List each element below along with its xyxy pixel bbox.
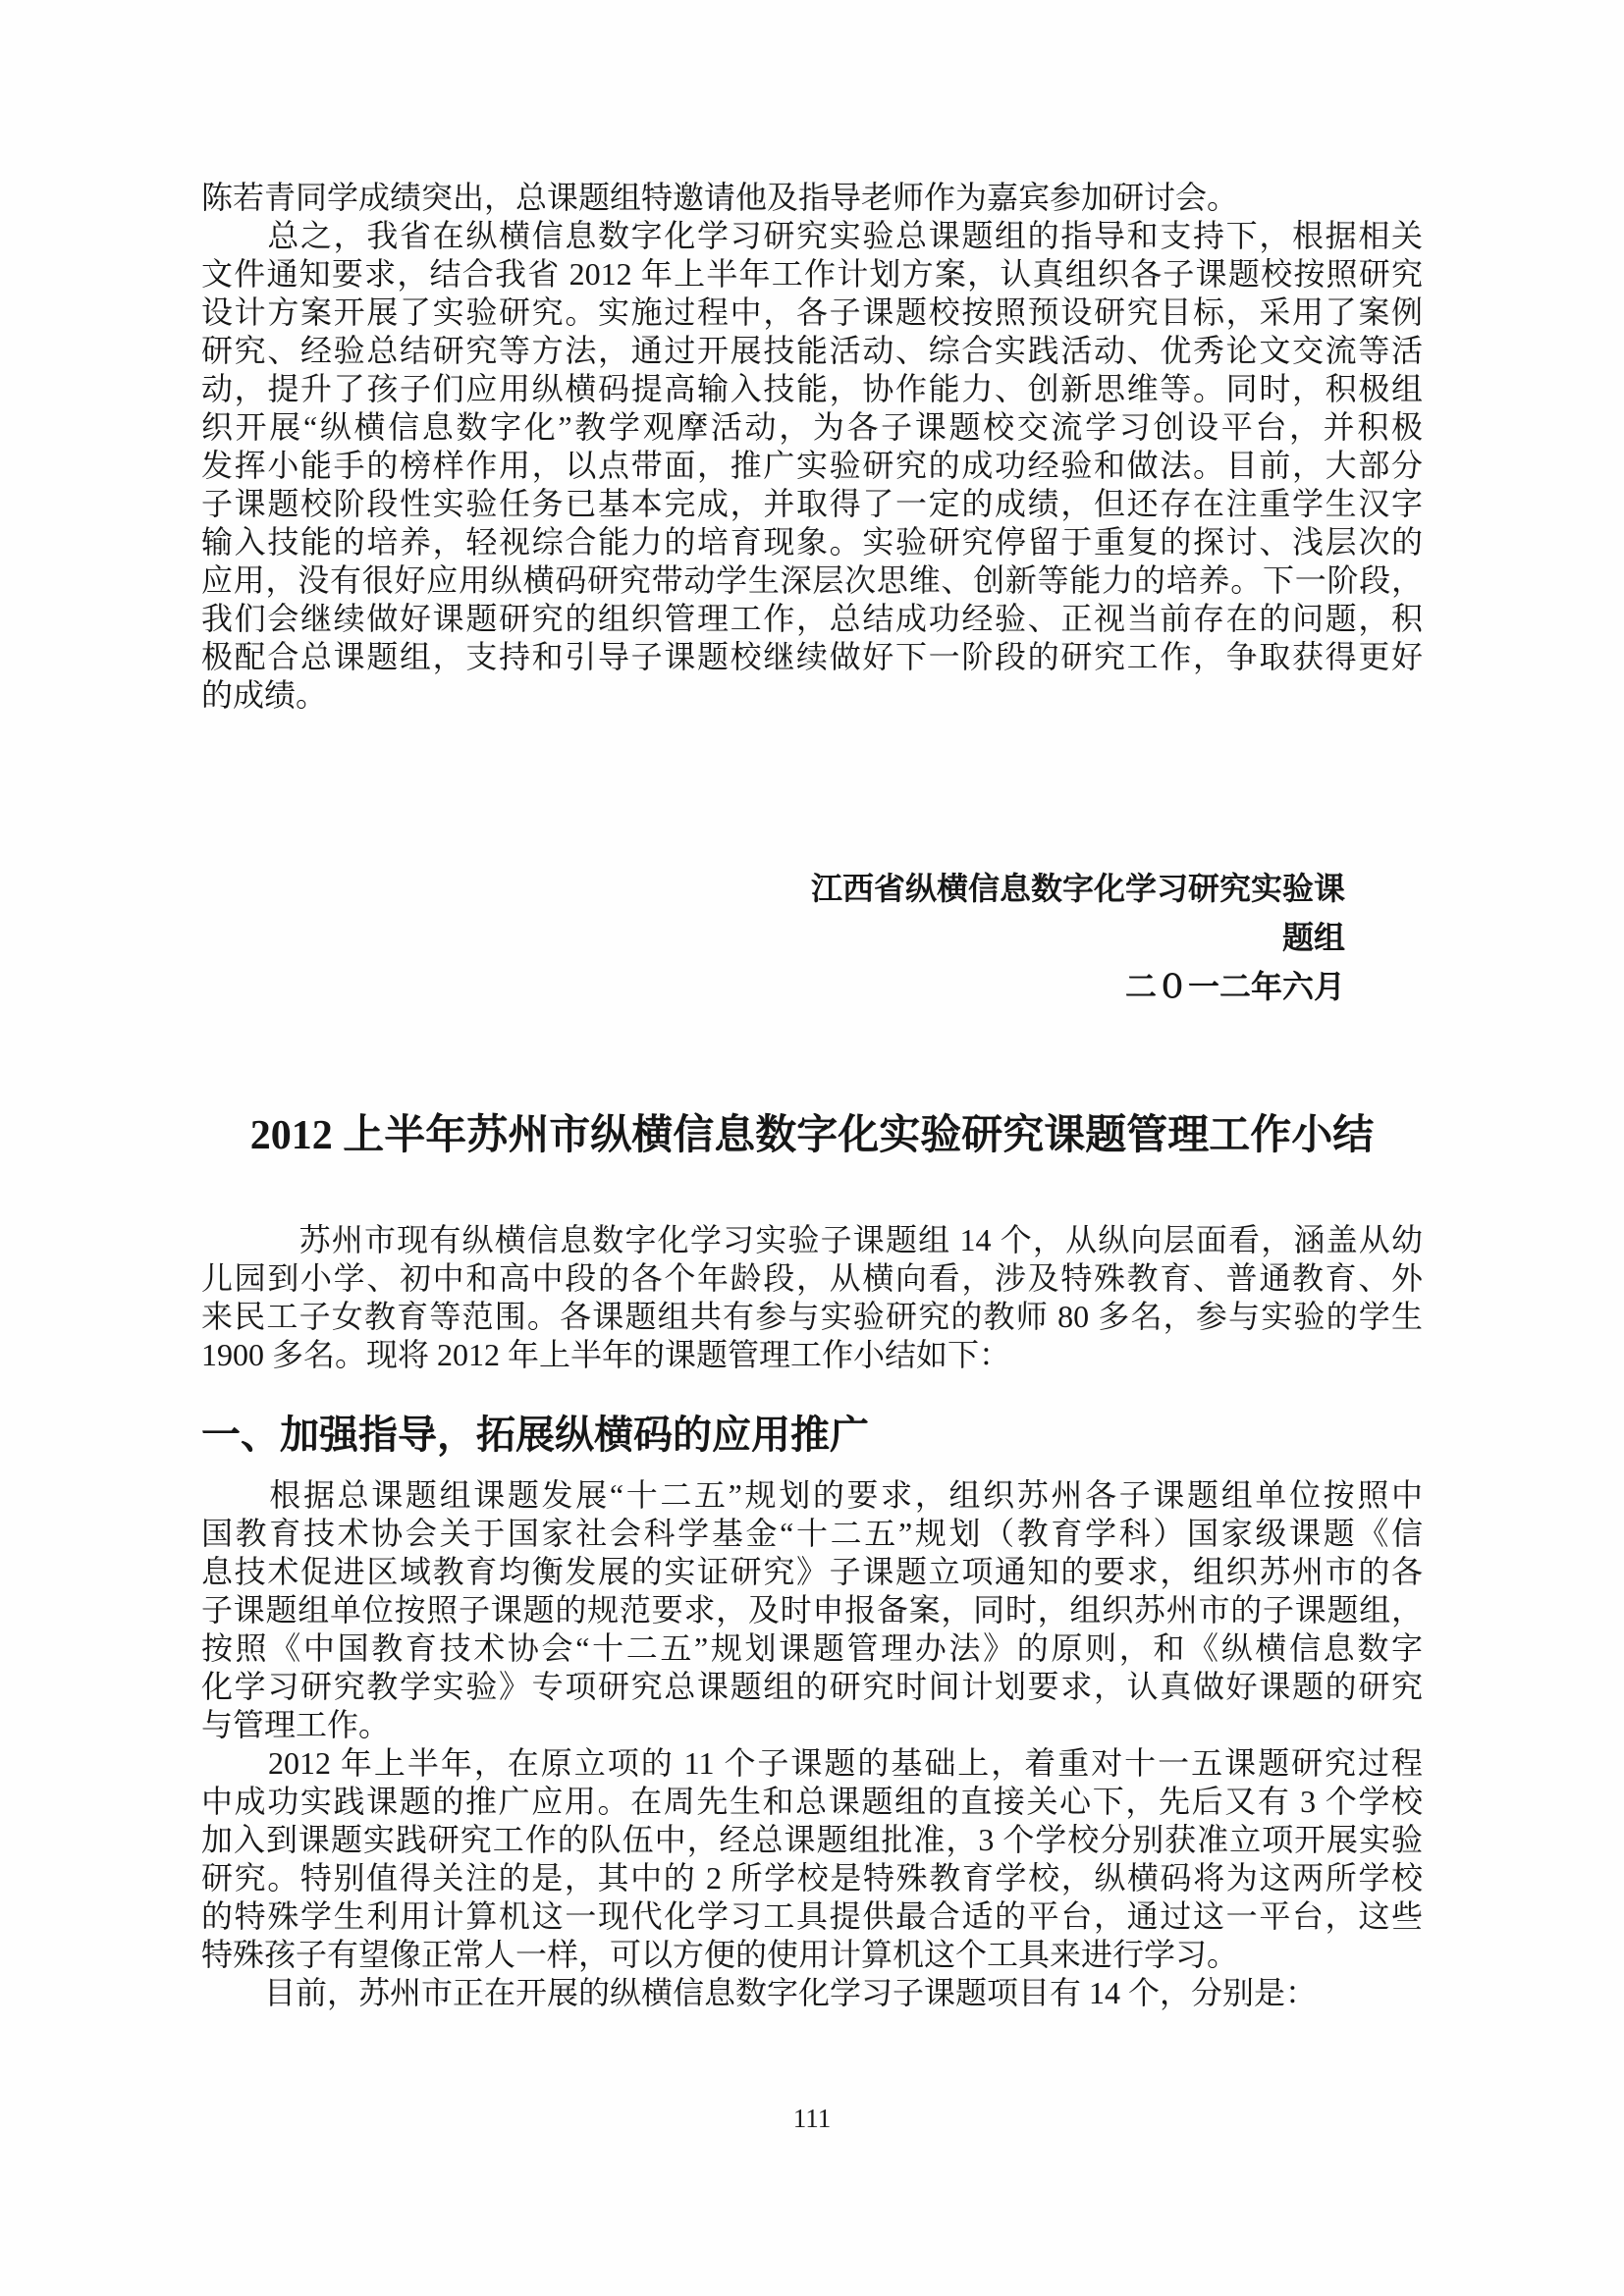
- text-line: 国教育技术协会关于国家社会科学基金“十二五”规划（教育学科）国家级课题《信: [201, 1515, 1423, 1553]
- text-line: 我们会继续做好课题研究的组织管理工作，总结成功经验、正视当前存在的问题，积: [201, 600, 1423, 638]
- text-line: 应用，没有很好应用纵横码研究带动学生深层次思维、创新等能力的培养。下一阶段，: [201, 561, 1423, 600]
- text-line: 总之，我省在纵横信息数字化学习研究实验总课题组的指导和支持下，根据相关: [201, 217, 1423, 255]
- section-1-heading: 一、加强指导，拓展纵横码的应用推广: [201, 1408, 1423, 1463]
- text-line: 1900 多名。现将 2012 年上半年的课题管理工作小结如下：: [201, 1336, 1423, 1374]
- document-content: 陈若青同学成绩突出，总课题组特邀请他及指导老师作为嘉宾参加研讨会。 总之，我省在…: [0, 0, 1624, 2012]
- paragraph-continuation: 陈若青同学成绩突出，总课题组特邀请他及指导老师作为嘉宾参加研讨会。: [201, 179, 1423, 217]
- text-line: 的特殊学生利用计算机这一现代化学习工具提供最合适的平台，通过这一平台，这些: [201, 1897, 1423, 1936]
- text-line: 中成功实践课题的推广应用。在周先生和总课题组的直接关心下，先后又有 3 个学校: [201, 1783, 1423, 1821]
- paragraph-intro: 苏州市现有纵横信息数字化学习实验子课题组 14 个，从纵向层面看，涵盖从幼儿园到…: [201, 1221, 1423, 1374]
- text-line: 根据总课题组课题发展“十二五”规划的要求，组织苏州各子课题组单位按照中: [201, 1476, 1423, 1515]
- text-line: 苏州市现有纵横信息数字化学习实验子课题组 14 个，从纵向层面看，涵盖从幼: [201, 1221, 1423, 1259]
- section-1-paragraph-2: 2012 年上半年，在原立项的 11 个子课题的基础上，着重对十一五课题研究过程…: [201, 1744, 1423, 1974]
- text-line: 江西省纵横信息数字化学习研究实验课: [201, 864, 1345, 913]
- text-line: 子课题校阶段性实验任务已基本完成，并取得了一定的成绩，但还存在注重学生汉字: [201, 485, 1423, 523]
- text-line: 研究。特别值得关注的是，其中的 2 所学校是特殊教育学校，纵横码将为这两所学校: [201, 1859, 1423, 1897]
- text-line: 文件通知要求，结合我省 2012 年上半年工作计划方案，认真组织各子课题校按照研…: [201, 255, 1423, 294]
- text-line: 二０一二年六月: [201, 962, 1345, 1011]
- text-line: 发挥小能手的榜样作用，以点带面，推广实验研究的成功经验和做法。目前，大部分: [201, 447, 1423, 485]
- text-line: 子课题组单位按照子课题的规范要求，及时申报备案，同时，组织苏州市的子课题组，: [201, 1591, 1423, 1629]
- page-number: 111: [0, 2103, 1624, 2134]
- text-line: 加入到课题实践研究工作的队伍中，经总课题组批准，3 个学校分别获准立项开展实验: [201, 1821, 1423, 1859]
- text-line: 化学习研究教学实验》专项研究总课题组的研究时间计划要求，认真做好课题的研究: [201, 1668, 1423, 1706]
- document-page: 陈若青同学成绩突出，总课题组特邀请他及指导老师作为嘉宾参加研讨会。 总之，我省在…: [0, 0, 1624, 2296]
- text-line: 研究、经验总结研究等方法，通过开展技能活动、综合实践活动、优秀论文交流等活: [201, 332, 1423, 370]
- paragraph-summary: 总之，我省在纵横信息数字化学习研究实验总课题组的指导和支持下，根据相关文件通知要…: [201, 217, 1423, 715]
- text-line: 陈若青同学成绩突出，总课题组特邀请他及指导老师作为嘉宾参加研讨会。: [201, 179, 1423, 217]
- text-line: 目前，苏州市正在开展的纵横信息数字化学习子课题项目有 14 个，分别是：: [201, 1974, 1423, 2012]
- text-line: 按照《中国教育技术协会“十二五”规划课题管理办法》的原则，和《纵横信息数字: [201, 1629, 1423, 1668]
- text-line: 极配合总课题组，支持和引导子课题校继续做好下一阶段的研究工作，争取获得更好: [201, 638, 1423, 676]
- text-line: 题组: [201, 913, 1345, 962]
- signature-block: 江西省纵横信息数字化学习研究实验课题组二０一二年六月: [201, 864, 1423, 1011]
- text-line: 息技术促进区域教育均衡发展的实证研究》子课题立项通知的要求，组织苏州市的各: [201, 1553, 1423, 1591]
- text-line: 2012 年上半年，在原立项的 11 个子课题的基础上，着重对十一五课题研究过程: [201, 1744, 1423, 1783]
- text-line: 的成绩。: [201, 676, 1423, 715]
- text-line: 设计方案开展了实验研究。实施过程中，各子课题校按照预设研究目标，采用了案例: [201, 294, 1423, 332]
- text-line: 输入技能的培养，轻视综合能力的培育现象。实验研究停留于重复的探讨、浅层次的: [201, 523, 1423, 561]
- text-line: 来民工子女教育等范围。各课题组共有参与实验研究的教师 80 多名，参与实验的学生: [201, 1298, 1423, 1336]
- section-1-paragraph-3: 目前，苏州市正在开展的纵横信息数字化学习子课题项目有 14 个，分别是：: [201, 1974, 1423, 2012]
- text-line: 织开展“纵横信息数字化”教学观摩活动，为各子课题校交流学习创设平台，并积极: [201, 408, 1423, 447]
- text-line: 动，提升了孩子们应用纵横码提高输入技能，协作能力、创新思维等。同时，积极组: [201, 370, 1423, 408]
- document-title: 2012 上半年苏州市纵横信息数字化实验研究课题管理工作小结: [201, 1105, 1423, 1166]
- text-line: 特殊孩子有望像正常人一样，可以方便的使用计算机这个工具来进行学习。: [201, 1936, 1423, 1974]
- section-1-paragraph-1: 根据总课题组课题发展“十二五”规划的要求，组织苏州各子课题组单位按照中国教育技术…: [201, 1476, 1423, 1744]
- text-line: 与管理工作。: [201, 1706, 1423, 1744]
- text-line: 儿园到小学、初中和高中段的各个年龄段，从横向看，涉及特殊教育、普通教育、外: [201, 1259, 1423, 1298]
